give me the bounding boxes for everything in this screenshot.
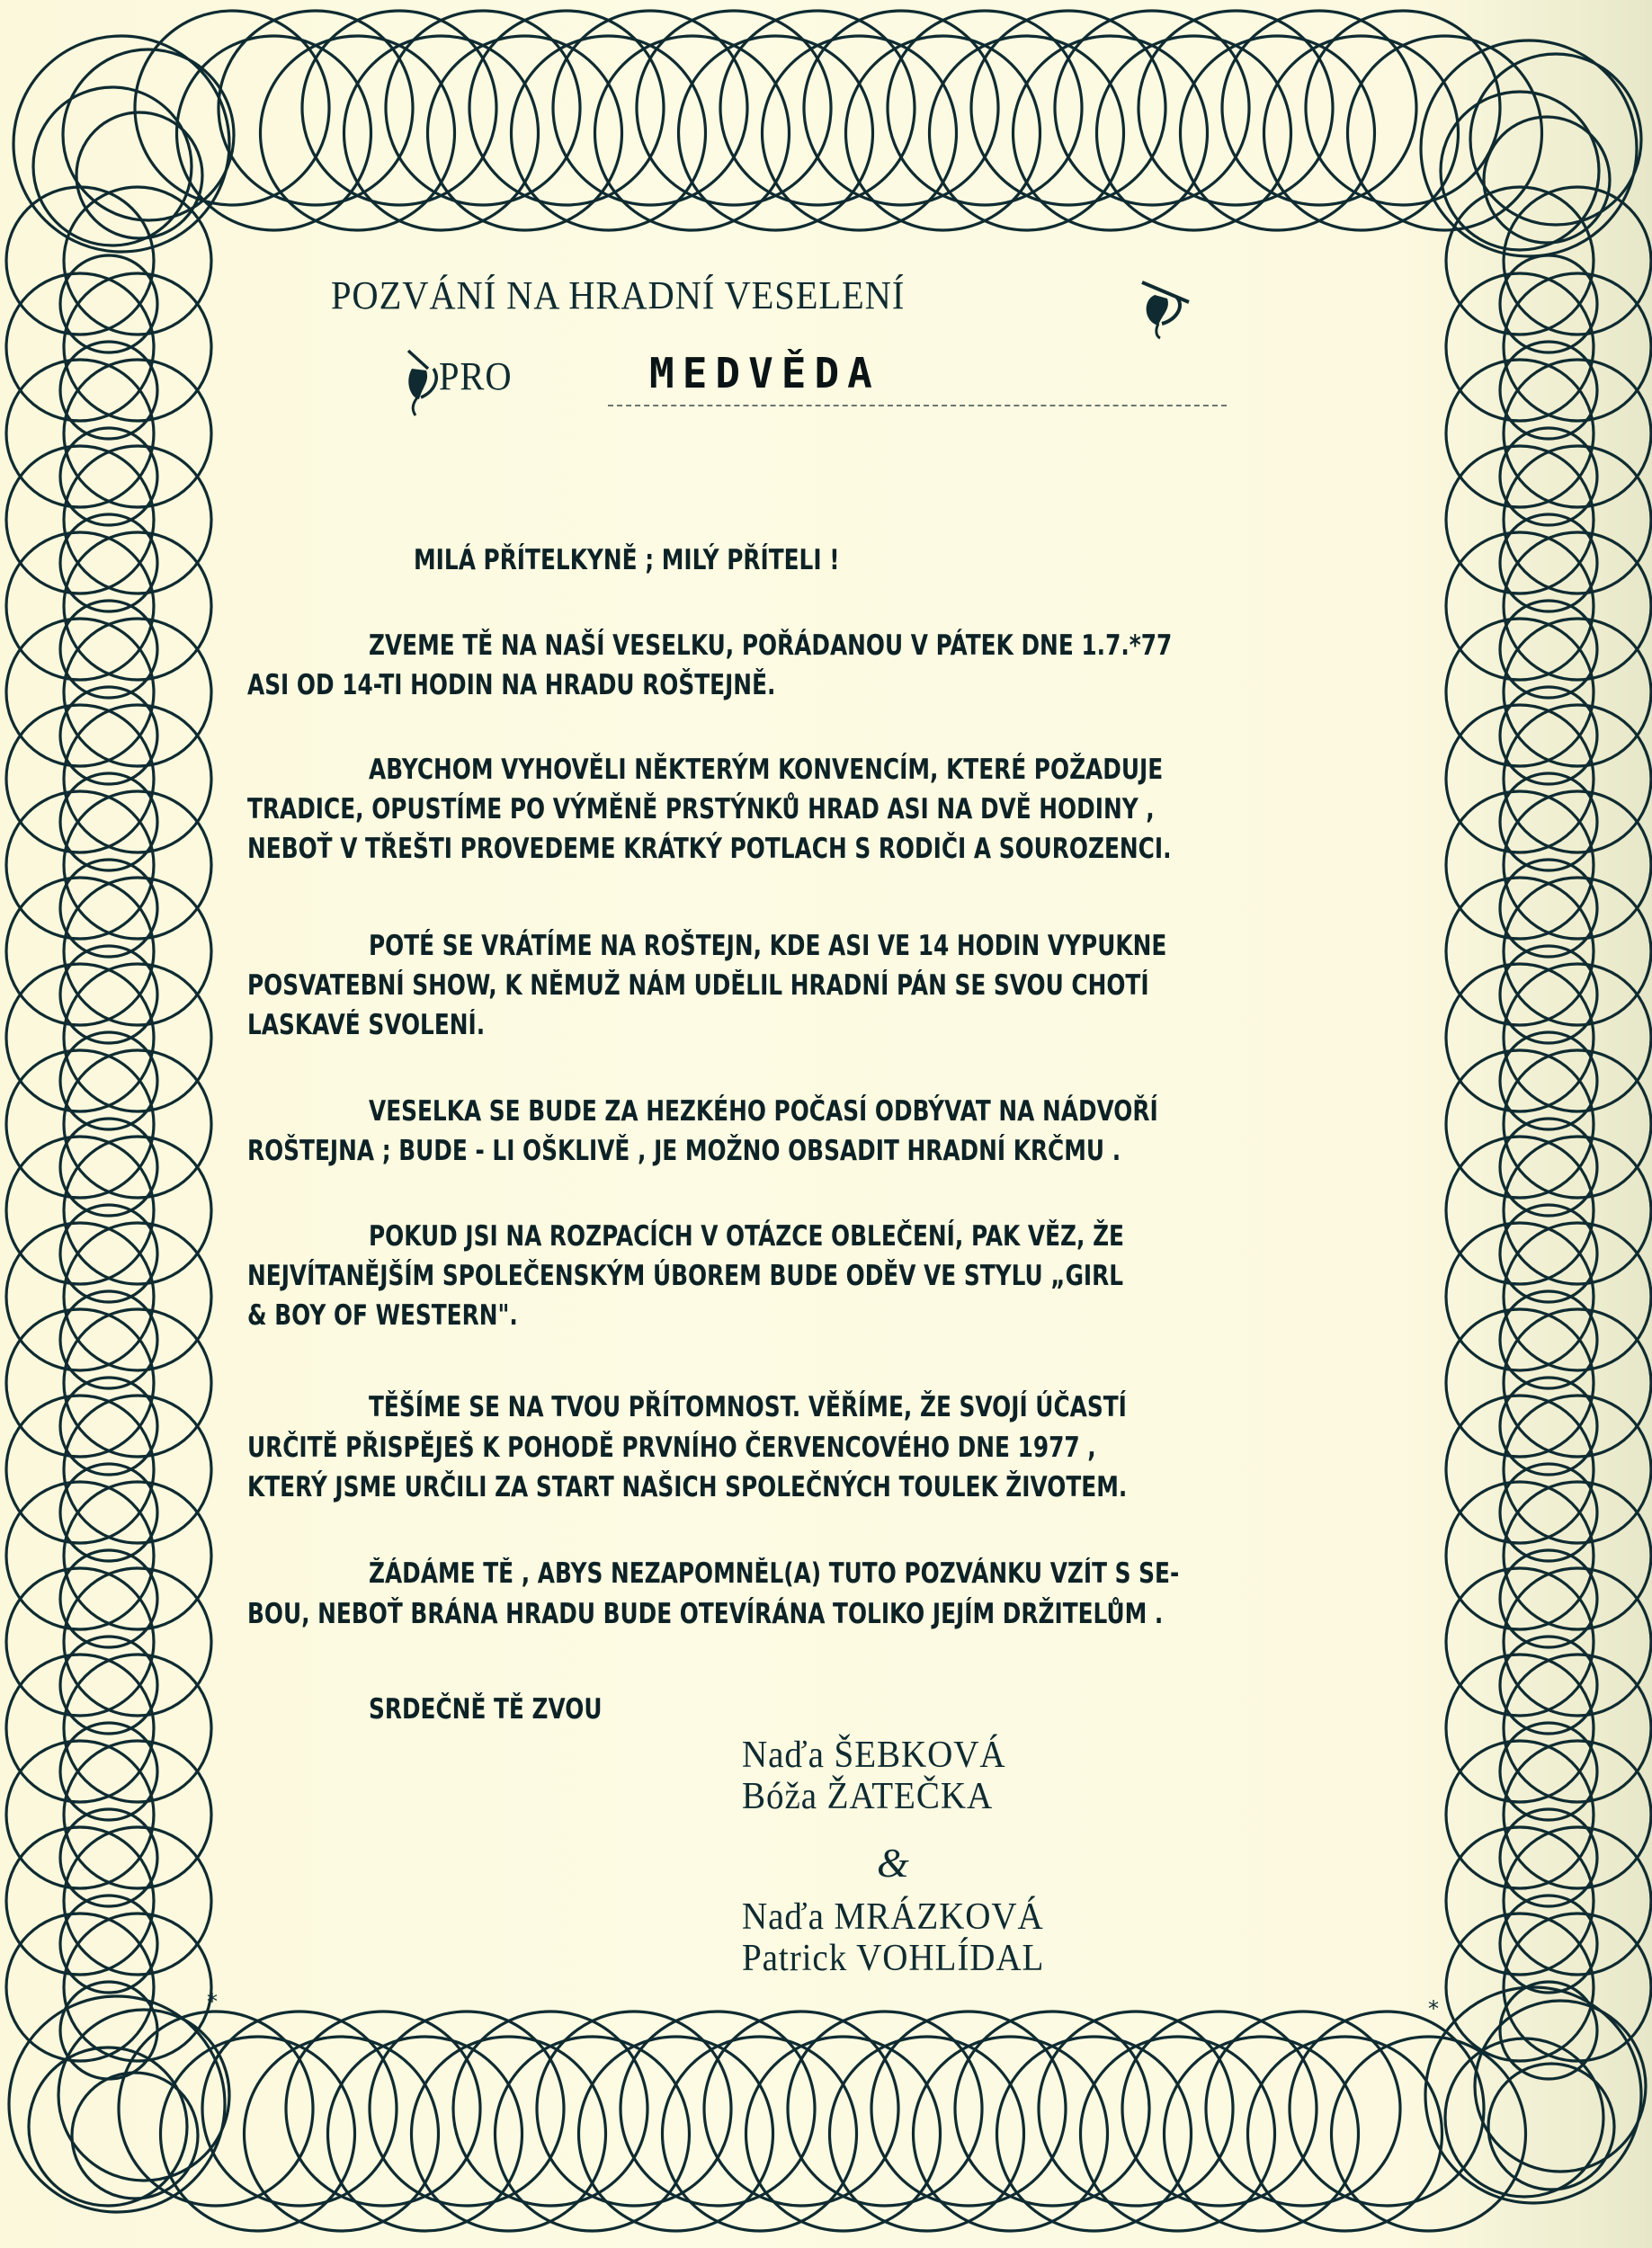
paragraph-line: VESELKA SE BUDE ZA HEZKÉHO POČASÍ ODBÝVA…: [369, 1095, 1158, 1128]
paragraph-line: BOU, NEBOŤ BRÁNA HRADU BUDE OTEVÍRÁNA TO…: [247, 1598, 1163, 1630]
greeting: MILÁ PŘÍTELKYNĚ ; MILÝ PŘÍTELI !: [414, 544, 840, 576]
corner-asterisk: *: [1428, 1996, 1439, 2021]
invitation-title: POZVÁNÍ NA HRADNÍ VESELENÍ: [331, 272, 905, 318]
signature-name: Patrick VOHLÍDAL: [742, 1937, 1044, 1980]
paragraph-line: POSVATEBNÍ SHOW, K NĚMUŽ NÁM UDĚLIL HRAD…: [247, 969, 1149, 1002]
leaf-ornament-icon: [1135, 270, 1198, 342]
paragraph-line: TĚŠÍME SE NA TVOU PŘÍTOMNOST. VĚŘÍME, ŽE…: [369, 1391, 1127, 1423]
signature-name: Bóža ŽATEČKA: [742, 1775, 993, 1818]
paragraph-line: TRADICE, OPUSTÍME PO VÝMĚNĚ PRSTÝNKŮ HRA…: [247, 793, 1155, 825]
paragraph-line: ZVEME TĚ NA NAŠÍ VESELKU, POŘÁDANOU V PÁ…: [369, 629, 1172, 662]
signature-name: Naďa MRÁZKOVÁ: [742, 1896, 1044, 1939]
paragraph-line: POTÉ SE VRÁTÍME NA ROŠTEJN, KDE ASI VE 1…: [369, 930, 1166, 962]
closing: SRDEČNĚ TĚ ZVOU: [369, 1693, 602, 1726]
paragraph-line: LASKAVÉ SVOLENÍ.: [247, 1009, 485, 1041]
paragraph-line: ŽÁDÁME TĚ , ABYS NEZAPOMNĚL(A) TUTO POZV…: [369, 1557, 1179, 1590]
paragraph-line: NEJVÍTANĚJŠÍM SPOLEČENSKÝM ÚBOREM BUDE O…: [247, 1260, 1123, 1292]
recipient-name-handwritten: MEDVĚDA: [649, 349, 880, 397]
paragraph-line: & BOY OF WESTERN".: [247, 1299, 518, 1332]
paragraph-line: URČITĚ PŘISPĚJEŠ K POHODĚ PRVNÍHO ČERVEN…: [247, 1432, 1096, 1464]
paragraph-line: ASI OD 14-TI HODIN NA HRADU ROŠTEJNĚ.: [247, 669, 775, 701]
paragraph-line: ROŠTEJNA ; BUDE - LI OŠKLIVĚ , JE MOŽNO …: [247, 1135, 1121, 1167]
signature-name: Naďa ŠEBKOVÁ: [742, 1734, 1006, 1777]
paragraph-line: ABYCHOM VYHOVĚLI NĚKTERÝM KONVENCÍM, KTE…: [369, 754, 1163, 786]
paragraph-line: NEBOŤ V TŘEŠTI PROVEDEME KRÁTKÝ POTLACH …: [247, 833, 1172, 865]
recipient-prefix: PRO: [439, 353, 513, 399]
signature-ampersand: &: [877, 1839, 910, 1887]
paragraph-line: POKUD JSI NA ROZPACÍCH V OTÁZCE OBLEČENÍ…: [369, 1220, 1124, 1253]
recipient-underline: [608, 405, 1227, 406]
corner-asterisk: *: [207, 1989, 218, 2014]
paragraph-line: KTERÝ JSME URČILI ZA START NAŠICH SPOLEČ…: [247, 1471, 1127, 1503]
